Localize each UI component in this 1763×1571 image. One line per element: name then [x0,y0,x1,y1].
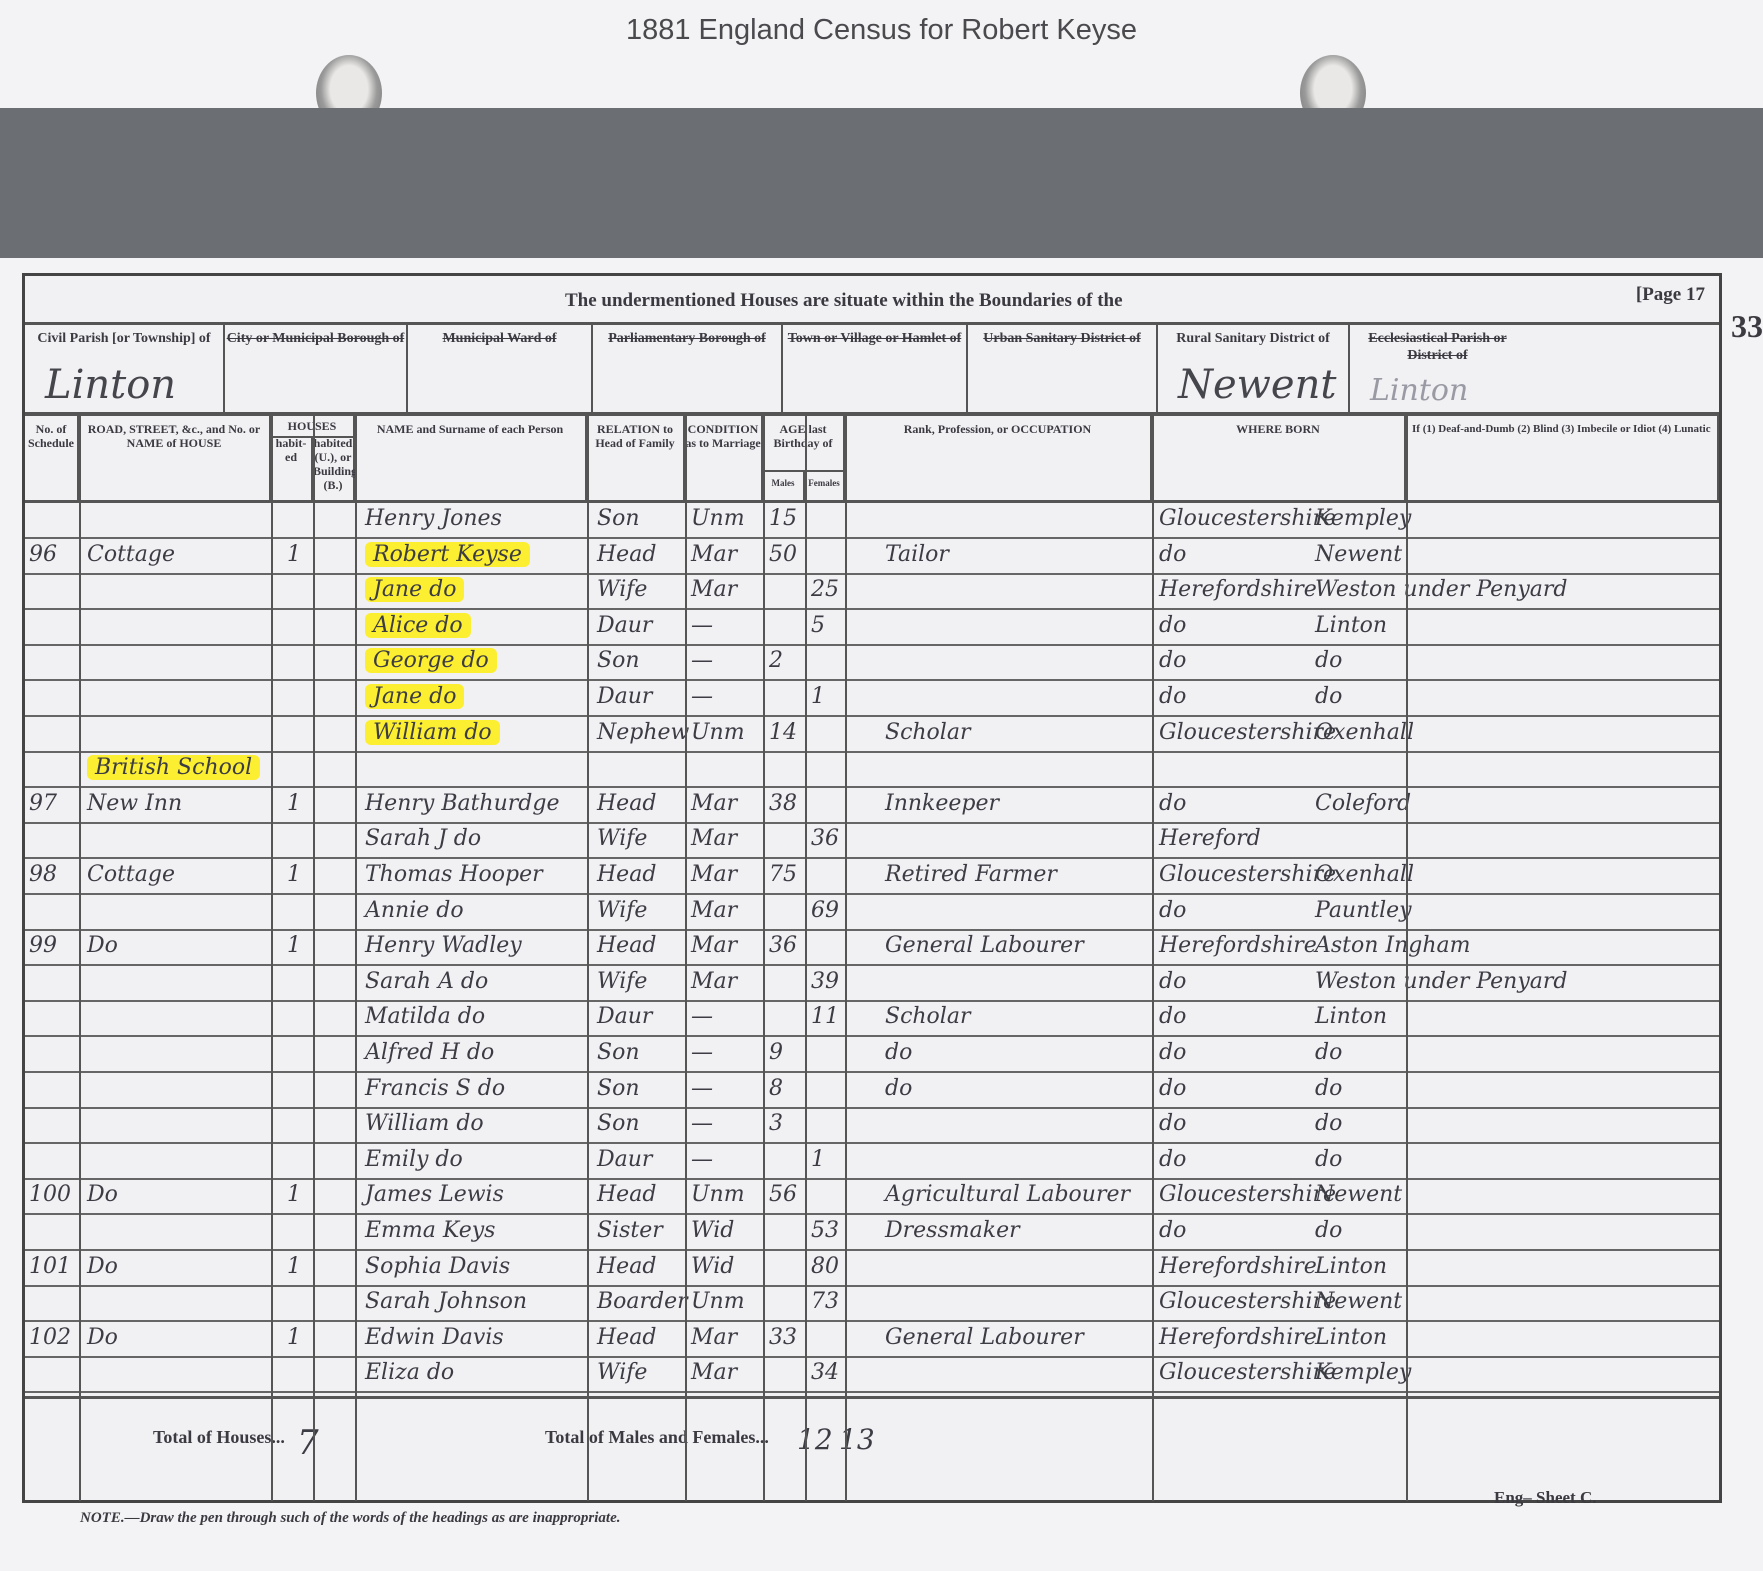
relation: Head [597,791,656,816]
form-heading: The undermentioned Houses are situate wi… [25,276,1719,325]
column-rule [355,416,357,1501]
person-name: Sarah Johnson [365,1289,527,1314]
schedule-number: 97 [29,791,57,816]
district-cell: Ecclesiastical Parish or District ofLint… [1350,322,1525,412]
age-male: 38 [769,791,797,816]
condition: — [691,1076,713,1101]
condition: Wid [691,1254,734,1279]
total-houses-label: Total of Houses... [153,1427,285,1448]
page-number: [Page 17 [1636,284,1705,306]
age-female: 1 [811,684,825,709]
relation: Wife [597,826,647,851]
relation: Daur [597,613,652,638]
occupation: Scholar [885,720,970,745]
occupation: Innkeeper [885,791,999,816]
schedule-number: 98 [29,862,57,887]
district-cell: Rural Sanitary District ofNewent [1158,322,1350,412]
district-label: Parliamentary Borough of [593,322,781,347]
age-female: 36 [811,826,839,851]
born-place: do [1315,1076,1342,1101]
district-cell: Municipal Ward of [408,322,593,412]
table-row: Matilda doDaur—11ScholardoLinton [25,1000,1719,1037]
relation: Head [597,1254,656,1279]
age-male: 9 [769,1040,783,1065]
age-female: 39 [811,969,839,994]
table-row: Alfred H doSon—9dododo [25,1036,1719,1073]
born-place: Newent [1315,1289,1402,1314]
born-place: Linton [1315,1325,1387,1350]
born-place: do [1315,1218,1342,1243]
column-header-relation: RELATION to Head of Family [587,416,685,500]
column-headers: No. of ScheduleROAD, STREET, &c., and No… [25,416,1719,503]
born-county: do [1159,648,1186,673]
occupation: General Labourer [885,933,1084,958]
born-county: Herefordshire [1159,577,1317,602]
district-label: Town or Village or Hamlet of [783,322,966,347]
age-male: 36 [769,933,797,958]
house-name: New Inn [87,791,182,816]
condition: Wid [691,1218,734,1243]
condition: — [691,1111,713,1136]
condition: Mar [691,862,737,887]
born-county: do [1159,1004,1186,1029]
house-name: Cottage [87,542,175,567]
column-header-road: ROAD, STREET, &c., and No. or NAME of HO… [79,416,271,500]
born-county: do [1159,542,1186,567]
table-row: Annie doWifeMar69doPauntley [25,894,1719,931]
table-row: 101Do1Sophia DavisHeadWid80Herefordshire… [25,1250,1719,1287]
total-persons-label: Total of Males and Females... [545,1427,769,1448]
relation: Head [597,933,656,958]
column-rule [763,416,765,1501]
sheet-label: Eng– Sheet C. [1494,1488,1596,1508]
relation: Daur [597,1147,652,1172]
age-male: 14 [769,720,797,745]
relation: Son [597,1076,640,1101]
person-name: Edwin Davis [365,1325,504,1350]
relation: Wife [597,577,647,602]
condition: Mar [691,542,737,567]
column-header-occupation: Rank, Profession, or OCCUPATION [845,416,1152,500]
house-name: Cottage [87,862,175,887]
relation: Son [597,1111,640,1136]
born-place: Kempley [1315,1360,1411,1385]
born-county: Gloucestershire [1159,720,1336,745]
condition: Mar [691,577,737,602]
born-county: Herefordshire [1159,933,1317,958]
table-row: William doSon—3dodo [25,1107,1719,1144]
table-row: Emma KeysSisterWid53Dressmakerdodo [25,1214,1719,1251]
age-male: 75 [769,862,797,887]
age-male: 50 [769,542,797,567]
condition: Mar [691,791,737,816]
person-name: James Lewis [365,1182,504,1207]
table-row: Francis S doSon—8dododo [25,1072,1719,1109]
occupation: Tailor [885,542,949,567]
column-header-name: NAME and Surname of each Person [355,416,587,500]
table-row: 100Do1James LewisHeadUnm56Agricultural L… [25,1178,1719,1215]
relation: Head [597,542,656,567]
born-place: Newent [1315,542,1402,567]
district-value: Linton [45,362,176,408]
age-male: 56 [769,1182,797,1207]
age-male: 33 [769,1325,797,1350]
district-label: Rural Sanitary District of [1158,322,1348,347]
condition: Mar [691,1360,737,1385]
table-row: William doNephewUnm14ScholarGloucestersh… [25,716,1719,753]
person-name: Henry Jones [365,506,502,531]
born-county: do [1159,898,1186,923]
relation: Head [597,1325,656,1350]
inhabited-count: 1 [287,1325,301,1350]
relation: Wife [597,898,647,923]
person-name: Emma Keys [365,1218,495,1243]
district-cell: Urban Sanitary District of [968,322,1158,412]
person-name: Annie do [365,898,464,923]
age-female: 11 [811,1004,839,1029]
born-place: Aston Ingham [1315,933,1471,958]
form-note: NOTE.—Draw the pen through such of the w… [80,1510,621,1527]
condition: Unm [691,1182,745,1207]
relation: Son [597,506,640,531]
born-county: do [1159,1147,1186,1172]
person-name: Emily do [365,1147,463,1172]
column-header-infirmity: If (1) Deaf-and-Dumb (2) Blind (3) Imbec… [1406,416,1719,500]
column-header-age: AGE last Birthday of [763,416,845,472]
person-name: Thomas Hooper [365,862,543,887]
condition: Mar [691,933,737,958]
relation: Sister [597,1218,663,1243]
age-male: 15 [769,506,797,531]
born-place: do [1315,1111,1342,1136]
born-county: do [1159,1040,1186,1065]
person-name: William do [365,1111,484,1136]
born-place: do [1315,1147,1342,1172]
person-name: Matilda do [365,1004,485,1029]
table-row: Alice doDaur—5doLinton [25,609,1719,646]
age-female: 25 [811,577,839,602]
inhabited-count: 1 [287,862,301,887]
person-name: George do [365,648,497,673]
condition: — [691,613,713,638]
born-county: do [1159,969,1186,994]
born-place: Linton [1315,613,1387,638]
column-header-schedule: No. of Schedule [25,416,79,500]
column-rule [313,416,315,1501]
age-male: 3 [769,1111,783,1136]
district-label: Municipal Ward of [408,322,591,347]
person-name: Jane do [365,684,464,709]
condition: — [691,1004,713,1029]
age-female: 69 [811,898,839,923]
census-form: The undermentioned Houses are situate wi… [22,273,1722,1503]
born-place: do [1315,1040,1342,1065]
district-label: Ecclesiastical Parish or District of [1350,322,1525,364]
table-row: 98Cottage1Thomas HooperHeadMar75Retired … [25,858,1719,895]
person-name: Sarah A do [365,969,488,994]
district-label: Civil Parish [or Township] of [25,322,223,347]
born-county: do [1159,1111,1186,1136]
table-row: 97New Inn1Henry BathurdgeHeadMar38Innkee… [25,787,1719,824]
relation: Son [597,648,640,673]
district-value: Linton [1370,373,1468,408]
relation: Head [597,1182,656,1207]
house-name: Do [87,1182,118,1207]
person-name: Robert Keyse [365,542,530,567]
relation: Nephew [597,720,689,745]
age-female: 53 [811,1218,839,1243]
table-row: British School [25,751,1719,788]
born-place: Oxenhall [1315,720,1414,745]
condition: Mar [691,826,737,851]
born-county: Hereford [1159,826,1261,851]
relation: Wife [597,1360,647,1385]
born-county: Gloucestershire [1159,1182,1336,1207]
scan-shadow-band [0,108,1763,258]
relation: Daur [597,684,652,709]
condition: — [691,648,713,673]
table-row: 102Do1Edwin DavisHeadMar33General Labour… [25,1321,1719,1358]
column-rule [587,416,589,1501]
schedule-number: 102 [29,1325,71,1350]
table-row: Eliza doWifeMar34GloucestershireKempley [25,1356,1719,1393]
condition: Mar [691,1325,737,1350]
total-houses-value: 7 [297,1423,319,1463]
condition: — [691,684,713,709]
column-header-condition: CONDITION as to Marriage [685,416,763,500]
relation: Son [597,1040,640,1065]
born-county: Herefordshire [1159,1325,1317,1350]
table-row: Jane doDaur—1dodo [25,680,1719,717]
person-name: Eliza do [365,1360,454,1385]
condition: — [691,1040,713,1065]
condition: — [691,1147,713,1172]
district-cell: Civil Parish [or Township] ofLinton [25,322,225,412]
table-row: Sarah A doWifeMar39doWeston under Penyar… [25,965,1719,1002]
born-county: Gloucestershire [1159,862,1336,887]
age-male: 2 [769,648,783,673]
age-female: 5 [811,613,825,638]
table-row: Jane doWifeMar25HerefordshireWeston unde… [25,573,1719,610]
inhabited-count: 1 [287,791,301,816]
born-place: Kempley [1315,506,1411,531]
person-name: Jane do [365,577,464,602]
column-rule [845,416,847,1501]
inhabited-count: 1 [287,1182,301,1207]
district-cell: Town or Village or Hamlet of [783,322,968,412]
table-row: Sarah JohnsonBoarderUnm73Gloucestershire… [25,1285,1719,1322]
born-place: Coleford [1315,791,1411,816]
occupation: do [885,1076,912,1101]
column-rule [1406,416,1408,1501]
page-title: 1881 England Census for Robert Keyse [0,14,1763,47]
occupation: do [885,1040,912,1065]
column-rule [79,416,81,1501]
age-female: 1 [811,1147,825,1172]
occupation: Retired Farmer [885,862,1057,887]
column-rule [271,416,273,1501]
born-place: do [1315,648,1342,673]
schedule-number: 100 [29,1182,71,1207]
occupation: Agricultural Labourer [885,1182,1130,1207]
person-name: Henry Wadley [365,933,522,958]
district-label: Urban Sanitary District of [968,322,1156,347]
total-males-value: 12 [797,1423,833,1456]
district-cell: Parliamentary Borough of [593,322,783,412]
table-row: 99Do1Henry WadleyHeadMar36General Labour… [25,929,1719,966]
born-place: do [1315,684,1342,709]
born-county: do [1159,791,1186,816]
person-name: Francis S do [365,1076,505,1101]
born-county: Gloucestershire [1159,506,1336,531]
schedule-number: 101 [29,1254,71,1279]
schedule-number: 96 [29,542,57,567]
born-county: Gloucestershire [1159,1289,1336,1314]
person-name: Alfred H do [365,1040,494,1065]
occupation: Scholar [885,1004,970,1029]
condition: Mar [691,898,737,923]
person-name: Henry Bathurdge [365,791,559,816]
column-rule [1152,416,1154,1501]
occupation: General Labourer [885,1325,1084,1350]
inhabited-count: 1 [287,1254,301,1279]
district-row: Civil Parish [or Township] ofLintonCity … [25,322,1719,416]
heading-text: The undermentioned Houses are situate wi… [565,290,1123,312]
person-name: Sophia Davis [365,1254,510,1279]
born-place: Linton [1315,1004,1387,1029]
column-rule [805,416,807,1501]
born-county: do [1159,684,1186,709]
born-place: Oxenhall [1315,862,1414,887]
table-row: Emily doDaur—1dodo [25,1143,1719,1180]
born-county: do [1159,1076,1186,1101]
age-female: 73 [811,1289,839,1314]
born-county: Gloucestershire [1159,1360,1336,1385]
house-name: Do [87,1325,118,1350]
born-county: do [1159,1218,1186,1243]
table-row: Sarah J doWifeMar36Hereford [25,822,1719,859]
born-place: Weston under Penyard [1315,577,1567,602]
relation: Boarder [597,1289,688,1314]
inhabited-count: 1 [287,542,301,567]
schedule-number: 99 [29,933,57,958]
house-name: Do [87,933,118,958]
born-place: Newent [1315,1182,1402,1207]
born-county: do [1159,613,1186,638]
totals-row: Total of Houses... 7 Total of Males and … [25,1396,1719,1506]
person-name: Sarah J do [365,826,481,851]
born-place: Linton [1315,1254,1387,1279]
house-name: British School [87,755,260,780]
condition: Unm [691,1289,745,1314]
side-number: 33 [1731,308,1763,345]
relation: Daur [597,1004,652,1029]
house-name: Do [87,1254,118,1279]
column-header-where_born: WHERE BORN [1152,416,1406,500]
table-row: 96Cottage1Robert KeyseHeadMar50TailordoN… [25,538,1719,575]
table-row: George doSon—2dodo [25,644,1719,681]
condition: Mar [691,969,737,994]
born-place: Weston under Penyard [1315,969,1567,994]
person-name: Alice do [365,613,471,638]
age-female: 80 [811,1254,839,1279]
occupation: Dressmaker [885,1218,1020,1243]
born-county: Herefordshire [1159,1254,1317,1279]
district-value: Newent [1178,362,1336,408]
district-label: City or Municipal Borough of [225,322,406,347]
age-female: 34 [811,1360,839,1385]
column-rule [685,416,687,1501]
condition: Unm [691,720,745,745]
table-row: Henry JonesSonUnm15GloucestershireKemple… [25,502,1719,539]
born-place: Pauntley [1315,898,1412,923]
person-name: William do [365,720,500,745]
district-cell: City or Municipal Borough of [225,322,408,412]
relation: Head [597,862,656,887]
age-male: 8 [769,1076,783,1101]
inhabited-count: 1 [287,933,301,958]
condition: Unm [691,506,745,531]
relation: Wife [597,969,647,994]
